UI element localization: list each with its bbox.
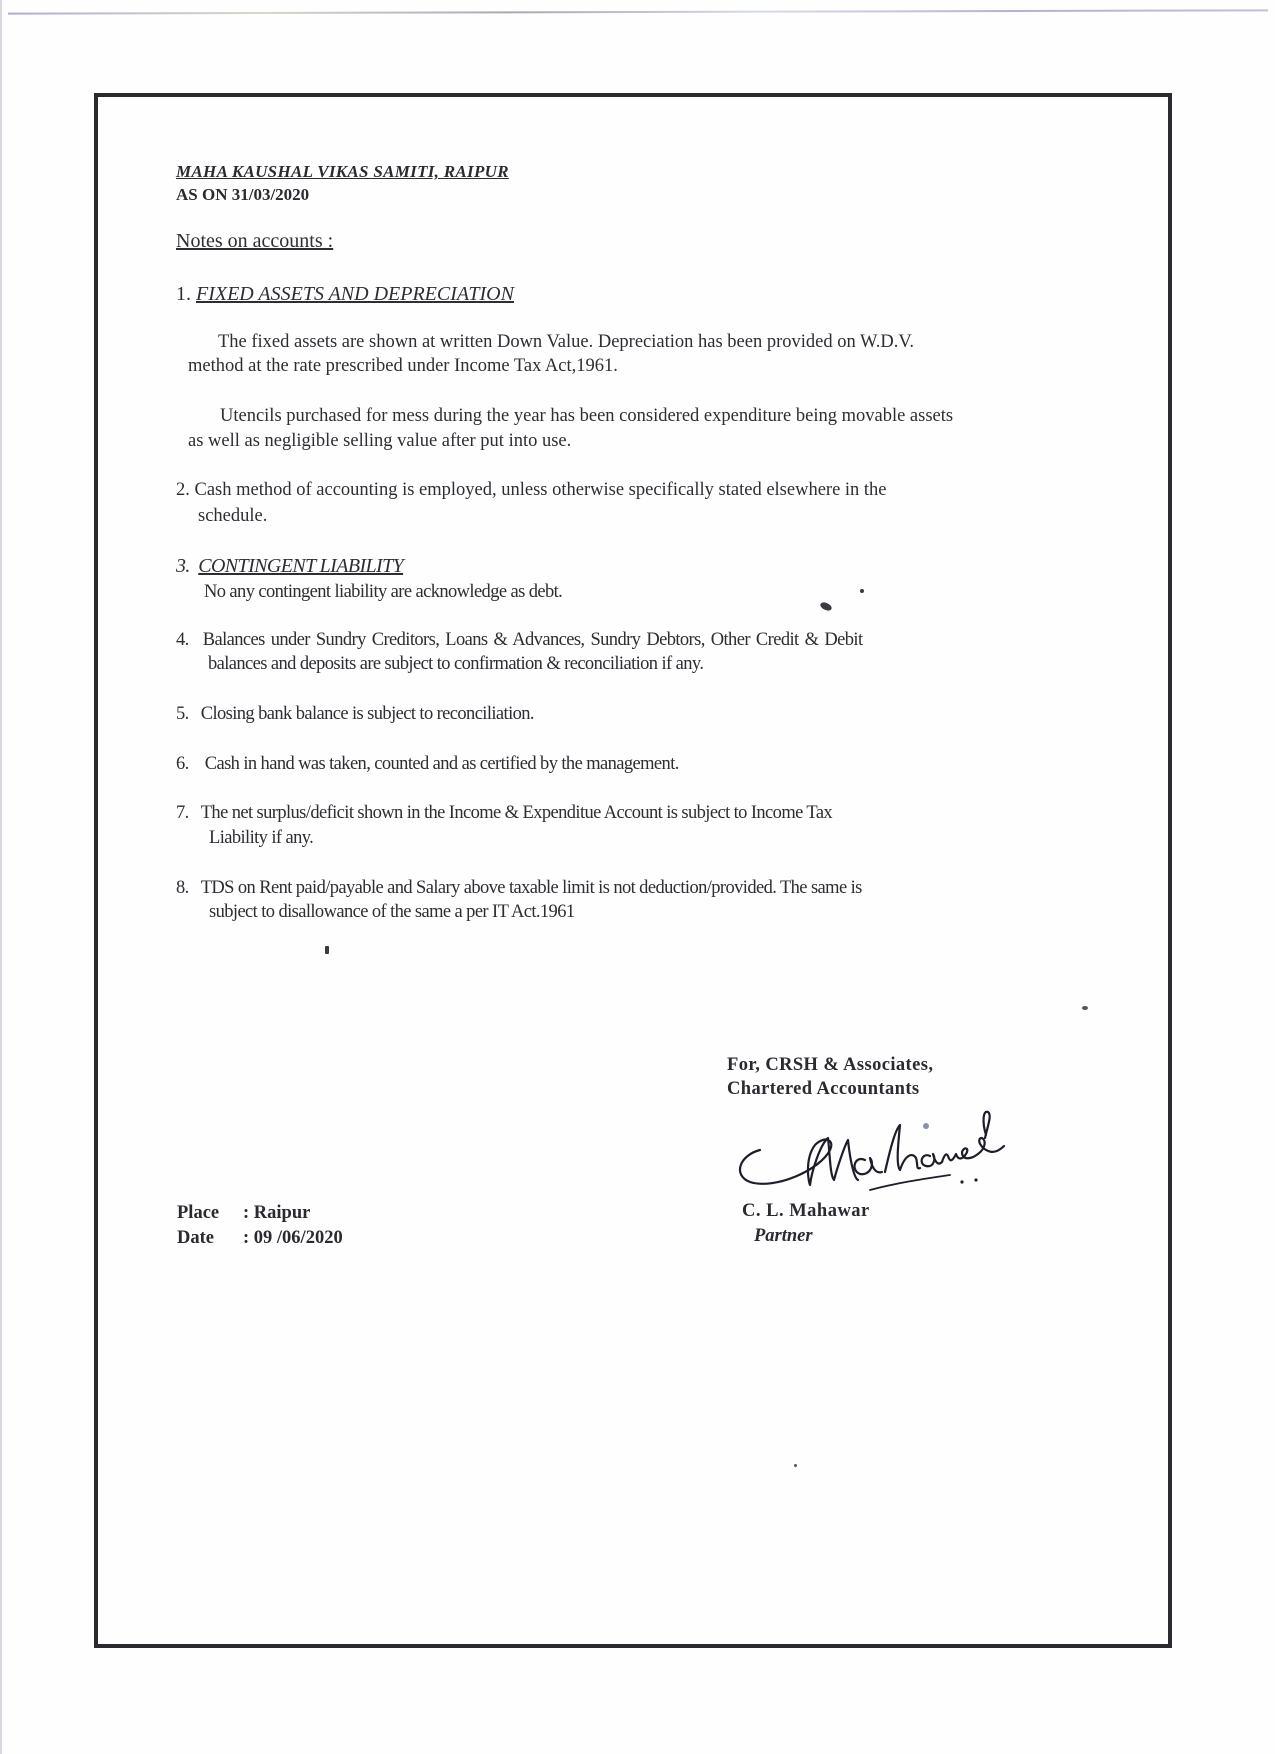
note-number: 6. xyxy=(176,754,189,774)
note-3-line-1: No any contingent liability are acknowle… xyxy=(204,580,562,604)
note-text: Cash method of accounting is employed, u… xyxy=(195,480,887,500)
note-1-heading-line: 1. FIXED ASSETS AND DEPRECIATION xyxy=(176,282,514,306)
scan-speck xyxy=(325,946,329,954)
note-1-paragraph-1-line-2: method at the rate prescribed under Inco… xyxy=(188,354,618,378)
note-3-heading-line: 3. CONTINGENT LIABILITY xyxy=(176,554,403,578)
date-row: Date: 09 /06/2020 xyxy=(177,1226,343,1251)
note-number: 5. xyxy=(176,704,189,724)
note-number: 4. xyxy=(176,630,189,650)
note-heading: FIXED ASSETS AND DEPRECIATION xyxy=(196,283,514,305)
note-4-line-2: balances and deposits are subject to con… xyxy=(208,652,703,676)
scan-speck xyxy=(860,589,864,593)
partner-name: C. L. Mahawar xyxy=(742,1201,870,1222)
note-number: 1. xyxy=(176,282,191,306)
date-label: Date xyxy=(177,1226,243,1251)
note-1-paragraph-2-line-1: Utencils purchased for mess during the y… xyxy=(220,404,953,428)
note-number: 7. xyxy=(176,803,189,823)
note-number: 3. xyxy=(176,555,190,577)
handwritten-signature-icon xyxy=(730,1090,1010,1200)
place-label: Place xyxy=(177,1201,243,1226)
note-1-paragraph-1-line-1: The fixed assets are shown at written Do… xyxy=(218,330,914,354)
scan-edge xyxy=(0,0,2,1754)
note-2-line-1: 2. Cash method of accounting is employed… xyxy=(176,478,887,502)
note-1-paragraph-2-line-2: as well as negligible selling value afte… xyxy=(188,429,571,453)
note-text: Closing bank balance is subject to recon… xyxy=(201,704,534,724)
place-date-block: Place: Raipur Date: 09 /06/2020 xyxy=(177,1201,343,1251)
organization-title: MAHA KAUSHAL VIKAS SAMITI, RAIPUR xyxy=(176,162,509,182)
note-number: 2. xyxy=(176,480,190,500)
place-value: : Raipur xyxy=(243,1203,310,1223)
note-number: 8. xyxy=(176,878,189,898)
note-heading: CONTINGENT LIABILITY xyxy=(198,555,403,577)
firm-name: For, CRSH & Associates, xyxy=(727,1053,933,1077)
page-border-frame xyxy=(94,93,1172,1648)
as-on-date: AS ON 31/03/2020 xyxy=(176,185,309,205)
notes-heading: Notes on accounts : xyxy=(176,230,333,253)
note-2-line-2: schedule. xyxy=(198,504,267,528)
partner-role: Partner xyxy=(754,1226,813,1247)
note-8-line-2: subject to disallowance of the same a pe… xyxy=(209,900,575,924)
scan-speck xyxy=(1082,1006,1088,1010)
note-6-line-1: 6. Cash in hand was taken, counted and a… xyxy=(176,752,679,776)
scan-artifact-line xyxy=(8,9,1268,14)
note-text: The net surplus/deficit shown in the Inc… xyxy=(201,803,832,823)
note-text: Cash in hand was taken, counted and as c… xyxy=(205,754,679,774)
note-text: TDS on Rent paid/payable and Salary abov… xyxy=(201,878,862,898)
note-7-line-2: Liability if any. xyxy=(209,826,313,850)
note-4-line-1: 4. Balances under Sundry Creditors, Loan… xyxy=(176,628,863,652)
date-value: : 09 /06/2020 xyxy=(243,1228,343,1248)
note-text: Balances under Sundry Creditors, Loans &… xyxy=(203,630,863,650)
place-row: Place: Raipur xyxy=(177,1201,343,1226)
note-8-line-1: 8. TDS on Rent paid/payable and Salary a… xyxy=(176,876,862,900)
note-5-line-1: 5. Closing bank balance is subject to re… xyxy=(176,702,534,726)
note-7-line-1: 7. The net surplus/deficit shown in the … xyxy=(176,801,832,825)
scan-speck xyxy=(794,1464,797,1467)
